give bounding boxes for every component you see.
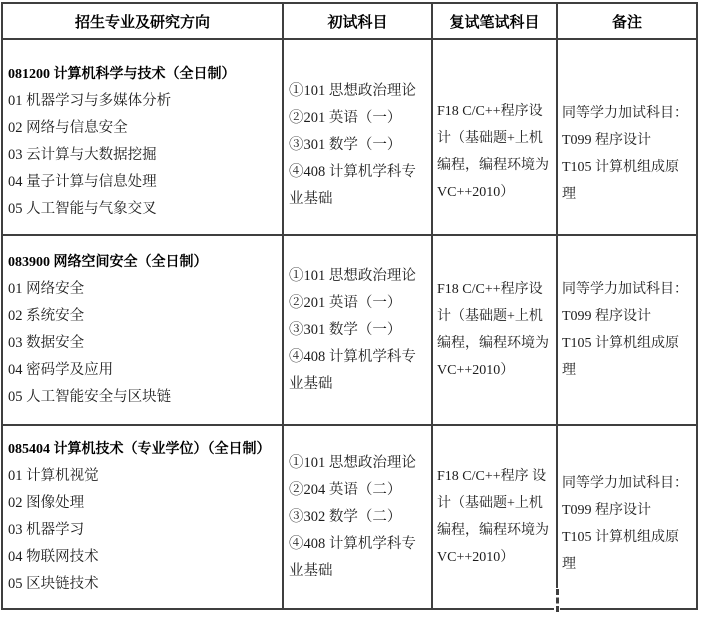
table-row: 085404 计算机技术（专业学位）（全日制） 01 计算机视觉 02 图像处理… [2, 425, 697, 609]
initial-subject: ②201 英语（一） [289, 290, 429, 317]
major-cell[interactable]: 081200 计算机科学与技术（全日制） 01 机器学习与多媒体分析 02 网络… [2, 39, 283, 235]
table-header-row: 招生专业及研究方向 初试科目 复试笔试科目 备注 [2, 3, 697, 39]
major-cell[interactable]: 083900 网络空间安全（全日制） 01 网络安全 02 系统安全 03 数据… [2, 235, 283, 425]
major-code-title: 081200 计算机科学与技术（全日制） [8, 61, 280, 88]
remarks-cell[interactable]: 同等学力加试科目： T099 程序设计 T105 计算机组成原 理 [557, 425, 697, 609]
document-page: 招生专业及研究方向 初试科目 复试笔试科目 备注 081200 计算机科学与技术… [0, 0, 702, 622]
research-direction: 05 区块链技术 [8, 571, 280, 598]
retest-subject-text: F18 C/C++程序设 计（基础题+上机 编程，编程环境为 VC++2010） [437, 276, 554, 384]
research-direction: 02 网络与信息安全 [8, 115, 280, 142]
initial-subject: ①101 思想政治理论 [289, 78, 429, 105]
remarks-text: 同等学力加试科目： T099 程序设计 T105 计算机组成原 理 [562, 100, 694, 208]
major-code-title: 085404 计算机技术（专业学位）（全日制） [8, 436, 280, 463]
research-direction: 03 数据安全 [8, 330, 280, 357]
research-direction: 04 密码学及应用 [8, 357, 280, 384]
research-direction: 03 云计算与大数据挖掘 [8, 142, 280, 169]
research-direction: 02 图像处理 [8, 490, 280, 517]
retest-subject-cell[interactable]: F18 C/C++程序设 计（基础题+上机 编程，编程环境为 VC++2010） [432, 235, 557, 425]
text-cursor-artifact [556, 589, 559, 612]
remarks-text: 同等学力加试科目： T099 程序设计 T105 计算机组成原 理 [562, 276, 694, 384]
retest-subject-cell[interactable]: F18 C/C++程序 设 计（基础题+上机 编程，编程环境为 VC++2010… [432, 425, 557, 609]
initial-subjects-cell[interactable]: ①101 思想政治理论 ②201 英语（一） ③301 数学（一） ④408 计… [283, 39, 432, 235]
research-direction: 05 人工智能安全与区块链 [8, 384, 280, 411]
research-direction: 03 机器学习 [8, 517, 280, 544]
initial-subject: ③302 数学（二） [289, 504, 429, 531]
remarks-text: 同等学力加试科目： T099 程序设计 T105 计算机组成原 理 [562, 470, 694, 578]
initial-subject: ④408 计算机学科专 业基础 [289, 344, 429, 398]
table-header-remarks: 备注 [557, 3, 697, 39]
major-code-title: 083900 网络空间安全（全日制） [8, 249, 280, 276]
initial-subject: ①101 思想政治理论 [289, 450, 429, 477]
retest-subject-text: F18 C/C++程序 设 计（基础题+上机 编程，编程环境为 VC++2010… [437, 463, 554, 571]
table-header-initial-subjects: 初试科目 [283, 3, 432, 39]
research-direction: 04 物联网技术 [8, 544, 280, 571]
retest-subject-text: F18 C/C++程序设 计（基础题+上机 编程，编程环境为 VC++2010） [437, 98, 554, 206]
initial-subject: ③301 数学（一） [289, 132, 429, 159]
research-direction: 01 计算机视觉 [8, 463, 280, 490]
initial-subject: ①101 思想政治理论 [289, 263, 429, 290]
initial-subject: ④408 计算机学科专 业基础 [289, 159, 429, 213]
initial-subjects-cell[interactable]: ①101 思想政治理论 ②201 英语（一） ③301 数学（一） ④408 计… [283, 235, 432, 425]
table-row: 081200 计算机科学与技术（全日制） 01 机器学习与多媒体分析 02 网络… [2, 39, 697, 235]
research-direction: 01 网络安全 [8, 276, 280, 303]
table-header-major: 招生专业及研究方向 [2, 3, 283, 39]
research-direction: 04 量子计算与信息处理 [8, 169, 280, 196]
remarks-cell[interactable]: 同等学力加试科目： T099 程序设计 T105 计算机组成原 理 [557, 39, 697, 235]
research-direction: 01 机器学习与多媒体分析 [8, 88, 280, 115]
initial-subject: ②204 英语（二） [289, 477, 429, 504]
major-cell[interactable]: 085404 计算机技术（专业学位）（全日制） 01 计算机视觉 02 图像处理… [2, 425, 283, 609]
remarks-cell[interactable]: 同等学力加试科目： T099 程序设计 T105 计算机组成原 理 [557, 235, 697, 425]
research-direction: 05 人工智能与气象交叉 [8, 196, 280, 223]
retest-subject-cell[interactable]: F18 C/C++程序设 计（基础题+上机 编程，编程环境为 VC++2010） [432, 39, 557, 235]
table-header-retest-subjects: 复试笔试科目 [432, 3, 557, 39]
research-direction: 02 系统安全 [8, 303, 280, 330]
initial-subject: ④408 计算机学科专 业基础 [289, 531, 429, 585]
admissions-table: 招生专业及研究方向 初试科目 复试笔试科目 备注 081200 计算机科学与技术… [1, 2, 698, 610]
initial-subject: ③301 数学（一） [289, 317, 429, 344]
initial-subjects-cell[interactable]: ①101 思想政治理论 ②204 英语（二） ③302 数学（二） ④408 计… [283, 425, 432, 609]
table-row: 083900 网络空间安全（全日制） 01 网络安全 02 系统安全 03 数据… [2, 235, 697, 425]
initial-subject: ②201 英语（一） [289, 105, 429, 132]
